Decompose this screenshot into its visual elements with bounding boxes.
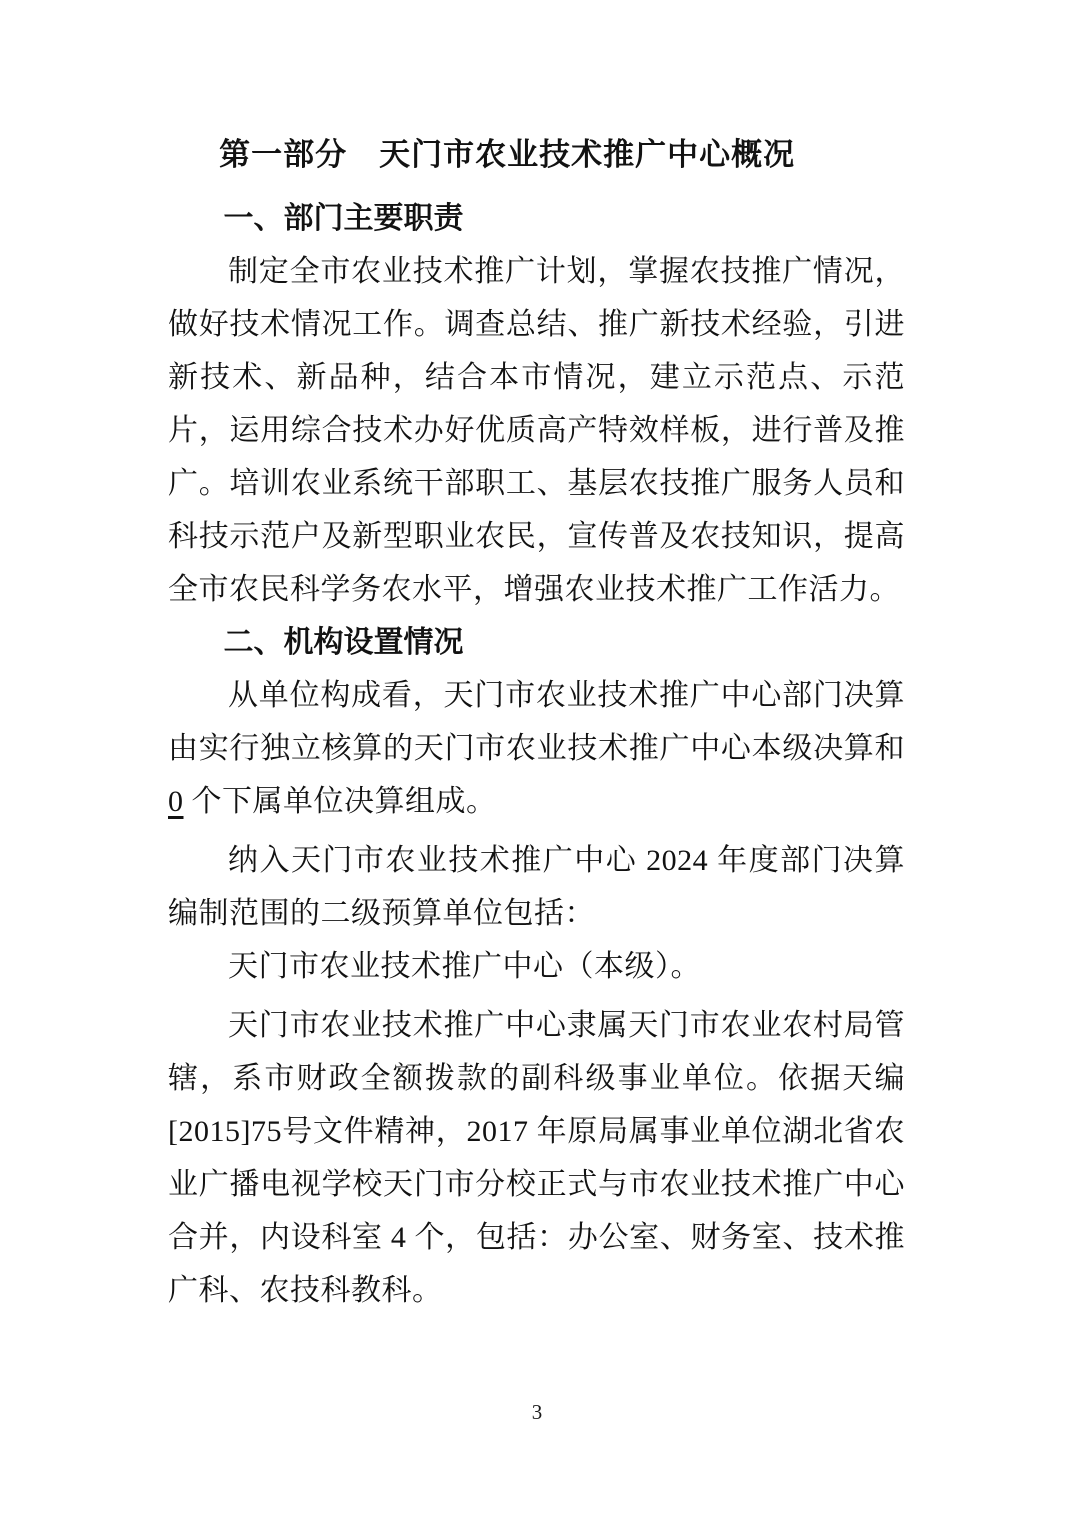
- document-page: 第一部分 天门市农业技术推广中心概况 一、部门主要职责 制定全市农业技术推广计划…: [0, 0, 1074, 1520]
- page-number: 3: [0, 1398, 1074, 1426]
- affiliation-paragraph: 天门市农业技术推广中心隶属天门市农业农村局管辖，系市财政全额拨款的副科级事业单位…: [168, 999, 905, 1317]
- section-1-duties-paragraph: 制定全市农业技术推广计划，掌握农技推广情况，做好技术情况工作。调查总结、推广新技…: [168, 245, 905, 616]
- budget-unit-paragraph: 天门市农业技术推广中心（本级）。: [168, 940, 905, 993]
- org-composition-text-after: 个下属单位决算组成。: [184, 785, 497, 818]
- budget-scope-paragraph: 纳入天门市农业技术推广中心 2024 年度部门决算编制范围的二级预算单位包括：: [168, 834, 905, 940]
- section-2-heading: 二、机构设置情况: [168, 616, 905, 669]
- org-composition-paragraph: 从单位构成看，天门市农业技术推广中心部门决算由实行独立核算的天门市农业技术推广中…: [168, 669, 905, 828]
- org-composition-text-before: 从单位构成看，天门市农业技术推广中心部门决算由实行独立核算的天门市农业技术推广中…: [168, 679, 905, 765]
- section-1-heading: 一、部门主要职责: [168, 192, 905, 245]
- subordinate-unit-count: 0: [168, 785, 184, 818]
- page-title: 第一部分 天门市农业技术推广中心概况: [168, 128, 905, 182]
